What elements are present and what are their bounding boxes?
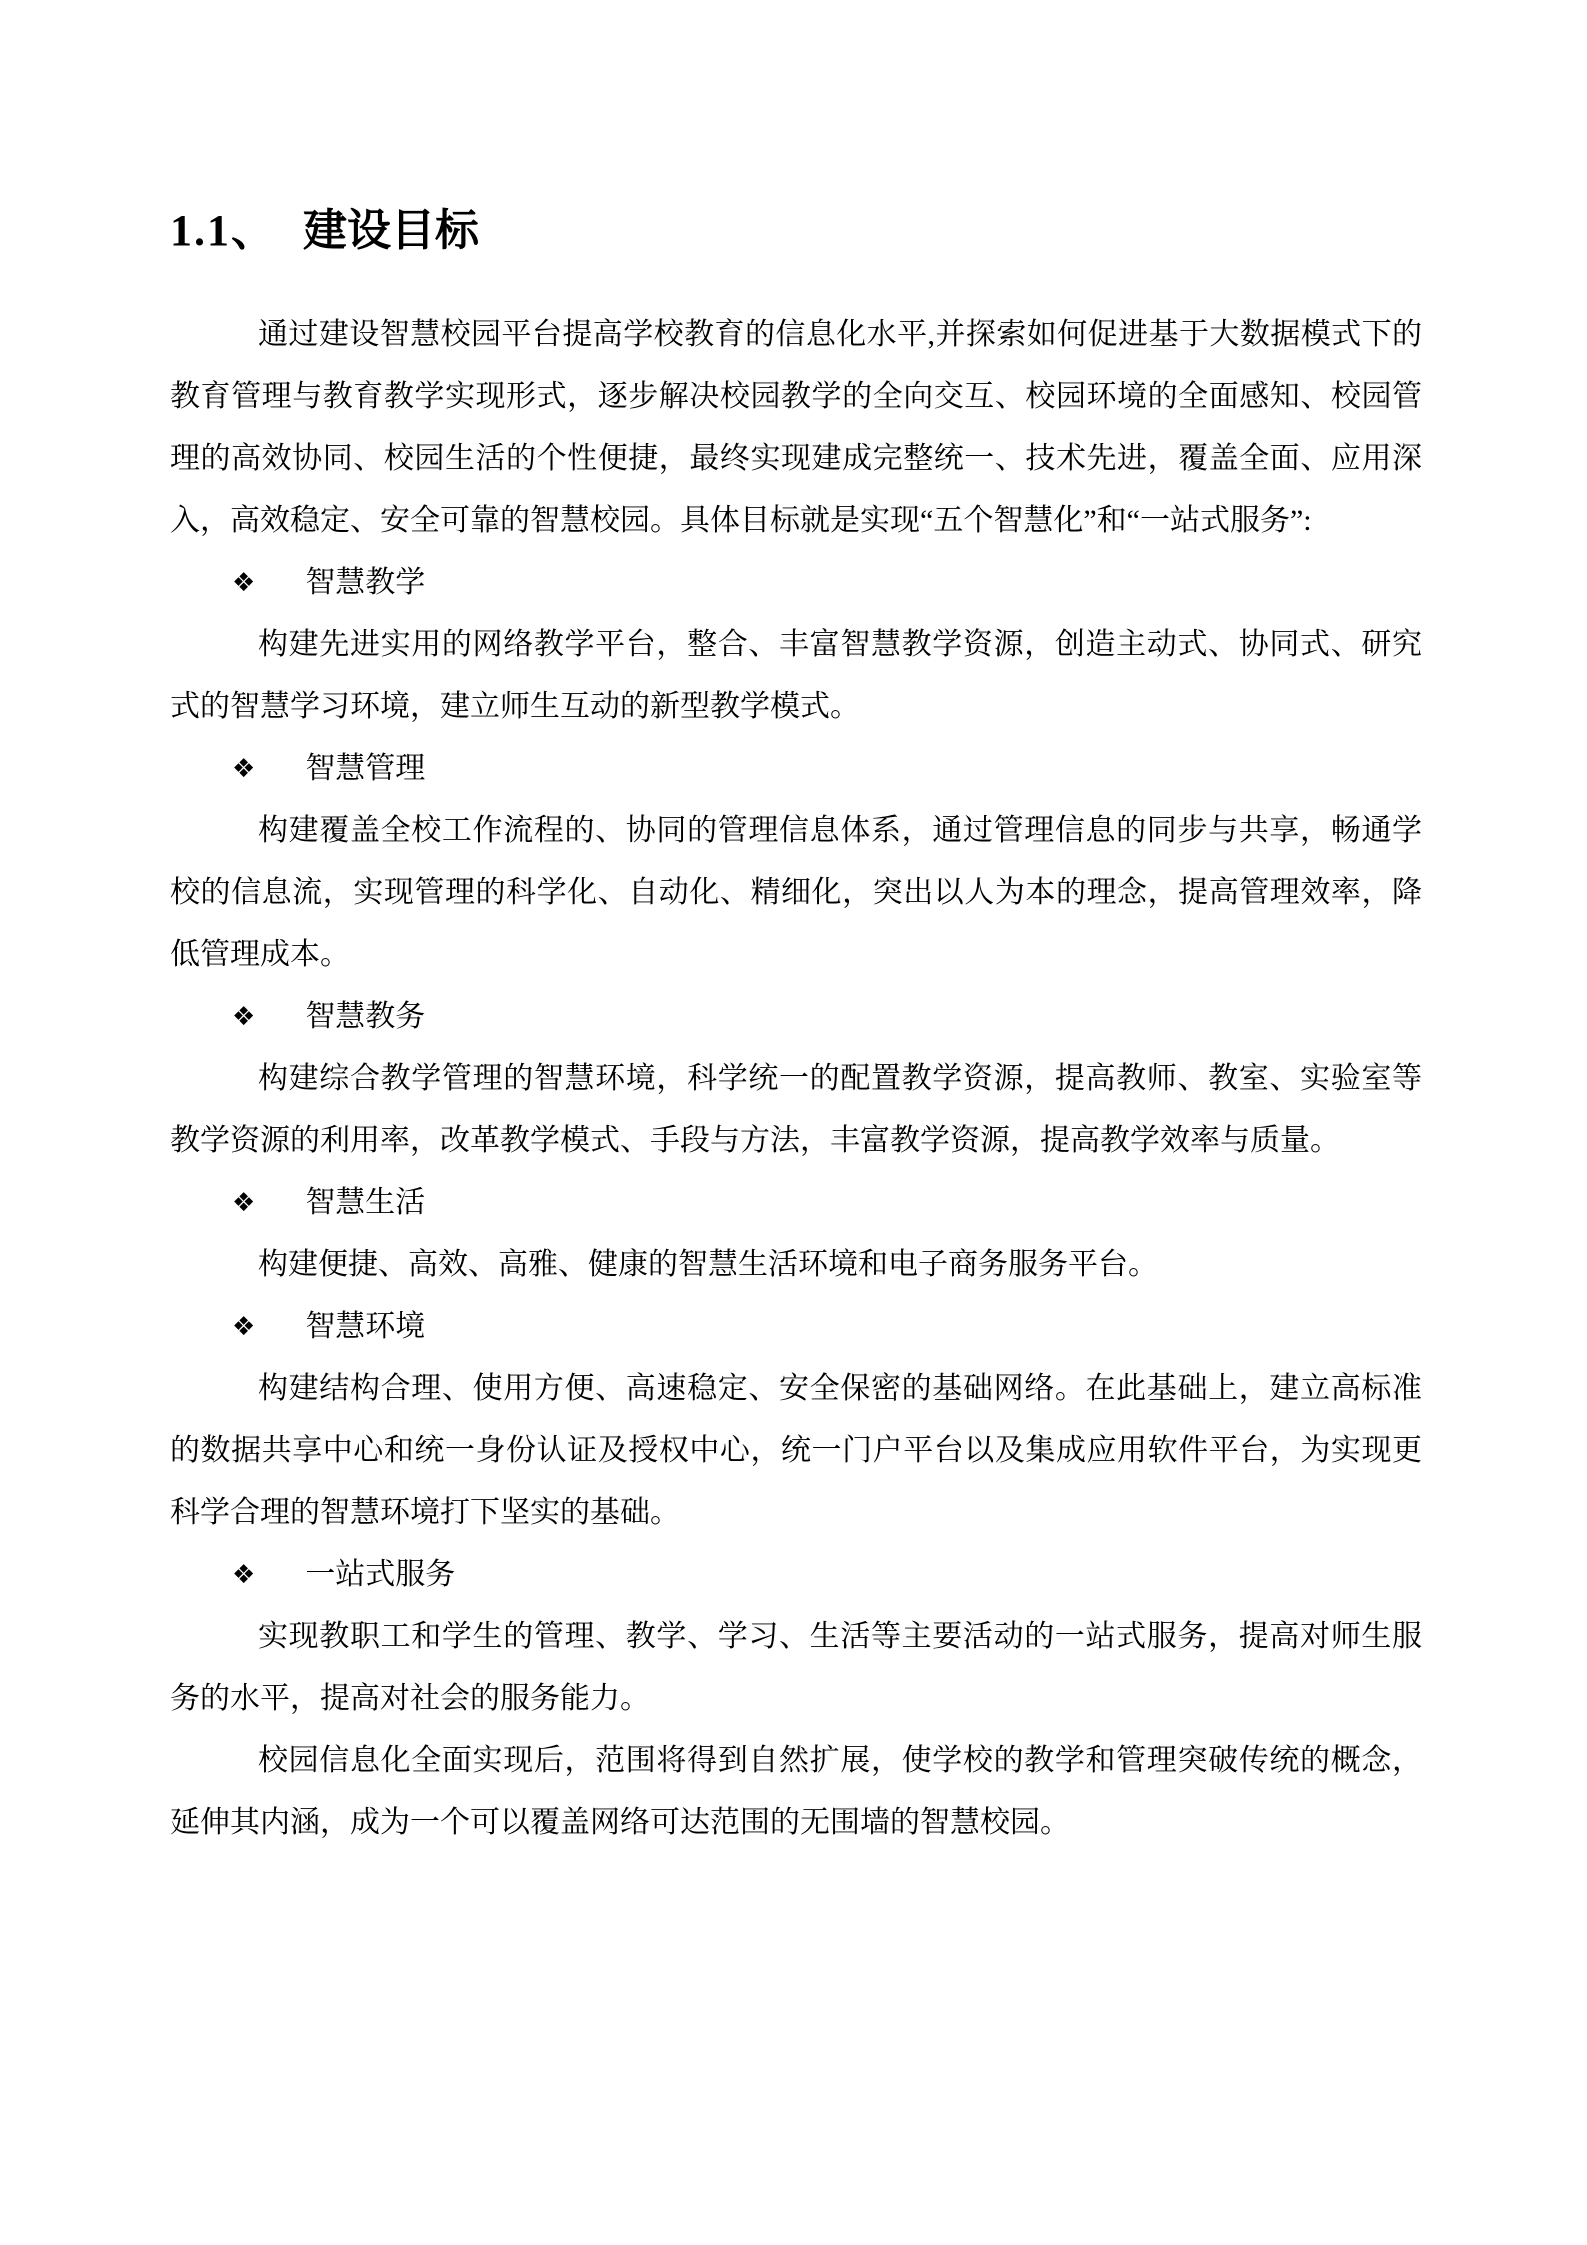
bullet-item-smart-life: ❖智慧生活 <box>170 1172 1422 1234</box>
document-page: 1.1、建设目标 通过建设智慧校园平台提高学校教育的信息化水平,并探索如何促进基… <box>0 0 1587 2245</box>
bullet-item-smart-academic-affairs: ❖智慧教务 <box>170 986 1422 1048</box>
diamond-bullet-icon: ❖ <box>232 1560 255 1590</box>
diamond-bullet-icon: ❖ <box>232 1312 255 1342</box>
section-body: 构建便捷、高效、高雅、健康的智慧生活环境和电子商务服务平台。 <box>170 1234 1422 1296</box>
section-body: 构建结构合理、使用方便、高速稳定、安全保密的基础网络。在此基础上，建立高标准的数… <box>170 1358 1422 1544</box>
heading-number: 1.1、 <box>170 206 277 255</box>
bullet-label: 一站式服务 <box>305 1558 455 1591</box>
section-body: 构建覆盖全校工作流程的、协同的管理信息体系，通过管理信息的同步与共享，畅通学校的… <box>170 800 1422 986</box>
section-body: 实现教职工和学生的管理、教学、学习、生活等主要活动的一站式服务，提高对师生服务的… <box>170 1606 1422 1730</box>
bullet-item-smart-teaching: ❖智慧教学 <box>170 552 1422 614</box>
section-body: 构建先进实用的网络教学平台，整合、丰富智慧教学资源，创造主动式、协同式、研究式的… <box>170 614 1422 738</box>
bullet-item-one-stop-service: ❖一站式服务 <box>170 1544 1422 1606</box>
bullet-item-smart-management: ❖智慧管理 <box>170 738 1422 800</box>
bullet-label: 智慧生活 <box>305 1186 425 1219</box>
diamond-bullet-icon: ❖ <box>232 568 255 598</box>
diamond-bullet-icon: ❖ <box>232 1002 255 1032</box>
section-heading: 1.1、建设目标 <box>170 205 1422 258</box>
bullet-label: 智慧环境 <box>305 1310 425 1343</box>
heading-text: 建设目标 <box>303 206 479 255</box>
diamond-bullet-icon: ❖ <box>232 754 255 784</box>
diamond-bullet-icon: ❖ <box>232 1188 255 1218</box>
bullet-label: 智慧教务 <box>305 1000 425 1033</box>
bullet-label: 智慧教学 <box>305 566 425 599</box>
section-body: 构建综合教学管理的智慧环境，科学统一的配置教学资源，提高教师、教室、实验室等教学… <box>170 1048 1422 1172</box>
bullet-label: 智慧管理 <box>305 752 425 785</box>
intro-paragraph: 通过建设智慧校园平台提高学校教育的信息化水平,并探索如何促进基于大数据模式下的教… <box>170 304 1422 552</box>
closing-paragraph: 校园信息化全面实现后，范围将得到自然扩展，使学校的教学和管理突破传统的概念，延伸… <box>170 1730 1422 1854</box>
bullet-item-smart-environment: ❖智慧环境 <box>170 1296 1422 1358</box>
